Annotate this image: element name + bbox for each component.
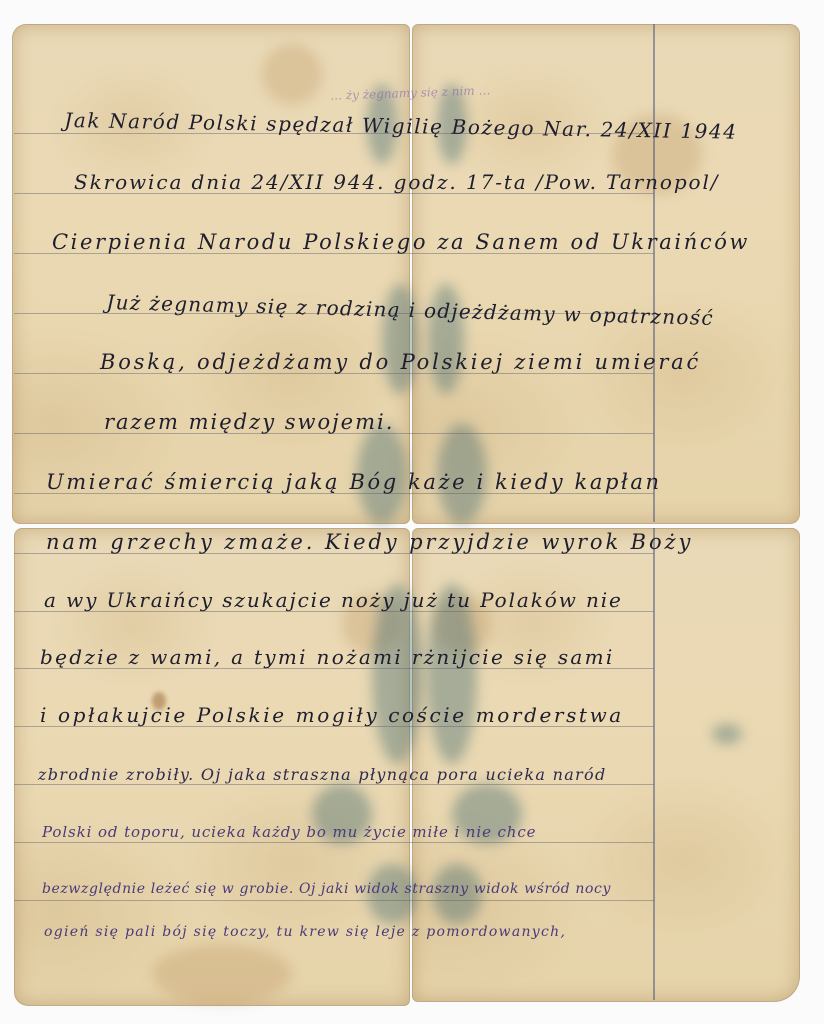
letter-line-6: razem między swojemi. (104, 410, 394, 434)
letter-line-12: zbrodnie zrobiły. Oj jaka straszna płyną… (38, 765, 606, 784)
letter-line-7: Umierać śmiercią jaką Bóg każe i kiedy k… (46, 470, 662, 494)
water-stain (152, 944, 292, 1004)
letter-line-9: a wy Ukraińcy szukajcie noży już tu Pola… (44, 588, 623, 612)
letter-line-13: Polski od toporu, ucieka każdy bo mu życ… (42, 823, 536, 841)
letter-line-8: nam grzechy zmaże. Kiedy przyjdzie wyrok… (46, 530, 693, 554)
letter-line-5: Boską, odjeżdżamy do Polskiej ziemi umie… (100, 350, 701, 374)
letter-sheet: … ży żegnamy się z nim … Jak Naród Polsk… (12, 24, 800, 1004)
ruled-line (14, 842, 654, 843)
margin-line (653, 24, 655, 522)
letter-line-3: Cierpienia Narodu Polskiego za Sanem od … (52, 230, 750, 254)
ruled-line (14, 784, 654, 785)
margin-line (653, 528, 655, 1000)
water-stain (262, 44, 322, 104)
letter-line-2: Skrowica dnia 24/XII 944. godz. 17-ta /P… (74, 170, 719, 194)
ruled-line (14, 900, 654, 901)
letter-line-11: i opłakujcie Polskie mogiły coście morde… (40, 703, 624, 727)
letter-line-15: ogień się pali bój się toczy, tu krew si… (44, 924, 566, 940)
ink-blot (712, 724, 742, 744)
letter-line-10: będzie z wami, a tymi nożami rżnijcie si… (40, 645, 615, 669)
letter-line-14: bezwzględnie leżeć się w grobie. Oj jaki… (42, 881, 611, 897)
